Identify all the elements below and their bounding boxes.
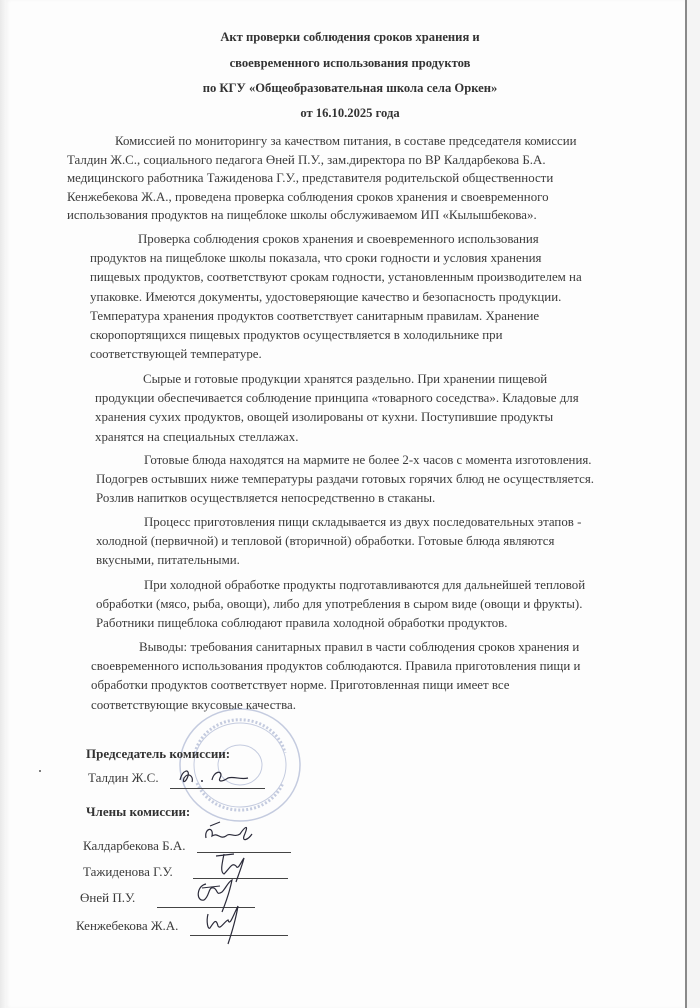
paragraph-line: своевременного использования продуктов с… [91,657,651,676]
member-name-4: Кенжебекова Ж.А. [76,918,178,934]
paragraph-line: пищевых продуктов, соответствуют срокам … [90,268,650,287]
document-title-line-3: по КГУ «Общеобразовательная школа села О… [0,81,700,96]
members-heading: Члены комиссии: [86,804,190,820]
paragraph-line: обработки продуктов соответствует норме.… [91,676,651,695]
chairman-heading: Председатель комиссии: [86,746,230,762]
paragraph-line: Готовые блюда находятся на мармите не бо… [96,451,656,470]
paragraph-line: обработки (мясо, рыба, овощи), либо для … [96,595,656,614]
paragraph-line: продукции обеспечивается соблюдение прин… [95,389,655,408]
paragraph-line: Сырые и готовые продукции хранятся разде… [95,370,655,389]
paragraph-conclusions: Выводы: требования санитарных правил в ч… [91,638,651,715]
paragraph-inspection: Проверка соблюдения сроков хранения и св… [90,230,650,364]
paragraph-line: Температура хранения продуктов соответст… [90,307,650,326]
paragraph-line: использования продуктов на пищеблоке шко… [67,206,667,225]
scan-speck [39,770,41,772]
paragraph-line: Кенжебекова Ж.А., проведена проверка соб… [67,188,667,207]
member-name-3: Өней П.У. [80,890,135,906]
member-name-2: Тажиденова Г.У. [83,864,173,880]
chairman-signature-icon [176,764,256,788]
paragraph-process: Процесс приготовления пищи складывается … [96,513,656,571]
chairman-name: Талдин Ж.С. [88,770,159,786]
member-name-1: Калдарбекова Б.А. [83,838,185,854]
paragraph-line: Процесс приготовления пищи складывается … [96,513,656,532]
paragraph-line: упаковке. Имеются документы, удостоверяю… [90,288,650,307]
paragraph-line: Талдин Ж.С., социального педагога Өней П… [67,151,667,170]
paragraph-storage: Сырые и готовые продукции хранятся разде… [95,370,655,447]
paragraph-line: Проверка соблюдения сроков хранения и св… [90,230,650,249]
paragraph-line: Выводы: требования санитарных правил в ч… [91,638,651,657]
paragraph-line: медицинского работника Тажиденова Г.У., … [67,169,667,188]
paragraph-line: холодной (первичной) и тепловой (вторичн… [96,532,656,551]
paragraph-line: При холодной обработке продукты подготав… [96,576,656,595]
document-title-line-2: своевременного использования продуктов [0,56,700,71]
paragraph-line: продуктов на пищеблоке школы показала, ч… [90,249,650,268]
paragraph-cold-processing: При холодной обработке продукты подготав… [96,576,656,634]
document-title-line-1: Акт проверки соблюдения сроков хранения … [0,30,700,45]
paragraph-line: Работники пищеблока соблюдают правила хо… [96,614,656,633]
paragraph-ready-meals: Готовые блюда находятся на мармите не бо… [96,451,656,509]
paragraph-line: Подогрев остывших ниже температуры разда… [96,470,656,489]
paragraph-line: Комиссией по мониторингу за качеством пи… [67,132,667,151]
paragraph-line: хранятся на специальных стеллажах. [95,428,655,447]
member-signature-icon-4 [200,900,244,946]
paragraph-line: вкусными, питательными. [96,551,656,570]
paragraph-line: соответствующей температуре. [90,345,650,364]
chairman-signature-line [170,788,265,789]
paragraph-line: Розлив напитков осуществляется непосредс… [96,489,656,508]
paragraph-commission: Комиссией по мониторингу за качеством пи… [67,132,667,225]
paragraph-line: хранения сухих продуктов, овощей изолиро… [95,408,655,427]
paragraph-line: скоропортящихся пищевых продуктов осущес… [90,326,650,345]
document-date: от 16.10.2025 года [0,106,700,121]
